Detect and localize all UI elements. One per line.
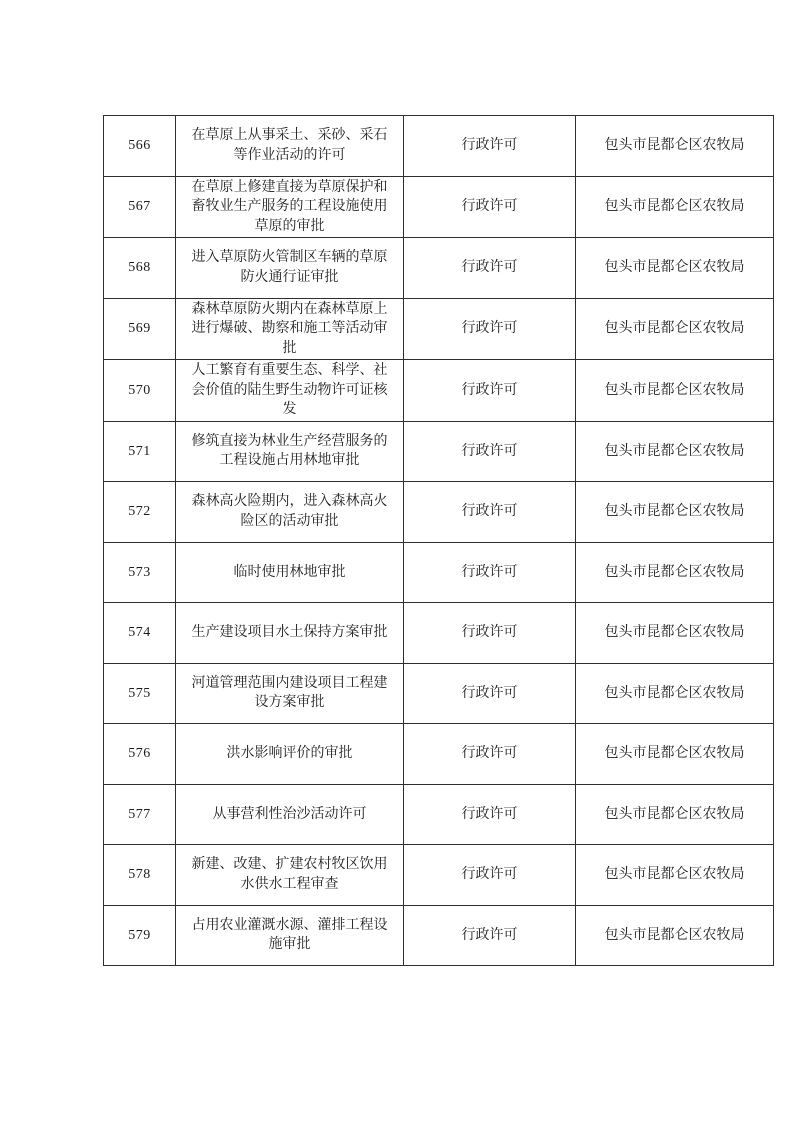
row-number-cell: 571	[104, 421, 176, 482]
table-row: 579 占用农业灌溉水源、灌排工程设 施审批 行政许可 包头市昆都仑区农牧局	[104, 905, 774, 966]
department-cell: 包头市昆都仑区农牧局	[576, 905, 774, 966]
table-row: 576 洪水影响评价的审批 行政许可 包头市昆都仑区农牧局	[104, 724, 774, 785]
item-name-cell: 在草原上修建直接为草原保护和 畜牧业生产服务的工程设施使用 草原的审批	[176, 176, 404, 238]
department-cell: 包头市昆都仑区农牧局	[576, 542, 774, 603]
table-row: 574 生产建设项目水土保持方案审批 行政许可 包头市昆都仑区农牧局	[104, 603, 774, 664]
table-row: 578 新建、改建、扩建农村牧区饮用 水供水工程审查 行政许可 包头市昆都仑区农…	[104, 845, 774, 906]
item-name-cell: 修筑直接为林业生产经营服务的 工程设施占用林地审批	[176, 421, 404, 482]
item-type-cell: 行政许可	[404, 905, 576, 966]
item-type-cell: 行政许可	[404, 482, 576, 543]
table-row: 570 人工繁育有重要生态、科学、社 会价值的陆生野生动物许可证核 发 行政许可…	[104, 360, 774, 422]
item-type-cell: 行政许可	[404, 176, 576, 238]
item-name-cell: 占用农业灌溉水源、灌排工程设 施审批	[176, 905, 404, 966]
department-cell: 包头市昆都仑区农牧局	[576, 116, 774, 177]
item-name-cell: 河道管理范围内建设项目工程建 设方案审批	[176, 663, 404, 724]
item-type-cell: 行政许可	[404, 116, 576, 177]
item-type-cell: 行政许可	[404, 845, 576, 906]
department-cell: 包头市昆都仑区农牧局	[576, 845, 774, 906]
item-name-cell: 生产建设项目水土保持方案审批	[176, 603, 404, 664]
department-cell: 包头市昆都仑区农牧局	[576, 176, 774, 238]
item-type-cell: 行政许可	[404, 784, 576, 845]
row-number-cell: 576	[104, 724, 176, 785]
item-type-cell: 行政许可	[404, 603, 576, 664]
row-number-cell: 569	[104, 298, 176, 360]
row-number-cell: 573	[104, 542, 176, 603]
table-row: 568 进入草原防火管制区车辆的草原 防火通行证审批 行政许可 包头市昆都仑区农…	[104, 238, 774, 299]
row-number-cell: 574	[104, 603, 176, 664]
item-type-cell: 行政许可	[404, 421, 576, 482]
table-row: 567 在草原上修建直接为草原保护和 畜牧业生产服务的工程设施使用 草原的审批 …	[104, 176, 774, 238]
item-type-cell: 行政许可	[404, 542, 576, 603]
table-row: 573 临时使用林地审批 行政许可 包头市昆都仑区农牧局	[104, 542, 774, 603]
item-type-cell: 行政许可	[404, 360, 576, 422]
approval-items-table: 566 在草原上从事采土、采砂、采石 等作业活动的许可 行政许可 包头市昆都仑区…	[103, 115, 774, 966]
table-row: 571 修筑直接为林业生产经营服务的 工程设施占用林地审批 行政许可 包头市昆都…	[104, 421, 774, 482]
item-type-cell: 行政许可	[404, 663, 576, 724]
table-row: 577 从事营利性治沙活动许可 行政许可 包头市昆都仑区农牧局	[104, 784, 774, 845]
row-number-cell: 577	[104, 784, 176, 845]
item-name-cell: 洪水影响评价的审批	[176, 724, 404, 785]
department-cell: 包头市昆都仑区农牧局	[576, 421, 774, 482]
table-body: 566 在草原上从事采土、采砂、采石 等作业活动的许可 行政许可 包头市昆都仑区…	[104, 116, 774, 966]
item-type-cell: 行政许可	[404, 238, 576, 299]
item-name-cell: 新建、改建、扩建农村牧区饮用 水供水工程审查	[176, 845, 404, 906]
table-row: 566 在草原上从事采土、采砂、采石 等作业活动的许可 行政许可 包头市昆都仑区…	[104, 116, 774, 177]
item-name-cell: 森林草原防火期内在森林草原上 进行爆破、勘察和施工等活动审 批	[176, 298, 404, 360]
department-cell: 包头市昆都仑区农牧局	[576, 784, 774, 845]
department-cell: 包头市昆都仑区农牧局	[576, 482, 774, 543]
department-cell: 包头市昆都仑区农牧局	[576, 238, 774, 299]
item-name-cell: 从事营利性治沙活动许可	[176, 784, 404, 845]
row-number-cell: 567	[104, 176, 176, 238]
table-row: 575 河道管理范围内建设项目工程建 设方案审批 行政许可 包头市昆都仑区农牧局	[104, 663, 774, 724]
row-number-cell: 575	[104, 663, 176, 724]
row-number-cell: 568	[104, 238, 176, 299]
row-number-cell: 578	[104, 845, 176, 906]
row-number-cell: 566	[104, 116, 176, 177]
item-name-cell: 森林高火险期内，进入森林高火 险区的活动审批	[176, 482, 404, 543]
item-name-cell: 在草原上从事采土、采砂、采石 等作业活动的许可	[176, 116, 404, 177]
item-name-cell: 人工繁育有重要生态、科学、社 会价值的陆生野生动物许可证核 发	[176, 360, 404, 422]
department-cell: 包头市昆都仑区农牧局	[576, 603, 774, 664]
item-type-cell: 行政许可	[404, 724, 576, 785]
row-number-cell: 572	[104, 482, 176, 543]
item-name-cell: 进入草原防火管制区车辆的草原 防火通行证审批	[176, 238, 404, 299]
department-cell: 包头市昆都仑区农牧局	[576, 724, 774, 785]
document-page: 566 在草原上从事采土、采砂、采石 等作业活动的许可 行政许可 包头市昆都仑区…	[0, 0, 793, 1122]
department-cell: 包头市昆都仑区农牧局	[576, 360, 774, 422]
department-cell: 包头市昆都仑区农牧局	[576, 298, 774, 360]
department-cell: 包头市昆都仑区农牧局	[576, 663, 774, 724]
row-number-cell: 579	[104, 905, 176, 966]
table-row: 572 森林高火险期内，进入森林高火 险区的活动审批 行政许可 包头市昆都仑区农…	[104, 482, 774, 543]
item-type-cell: 行政许可	[404, 298, 576, 360]
table-row: 569 森林草原防火期内在森林草原上 进行爆破、勘察和施工等活动审 批 行政许可…	[104, 298, 774, 360]
row-number-cell: 570	[104, 360, 176, 422]
item-name-cell: 临时使用林地审批	[176, 542, 404, 603]
